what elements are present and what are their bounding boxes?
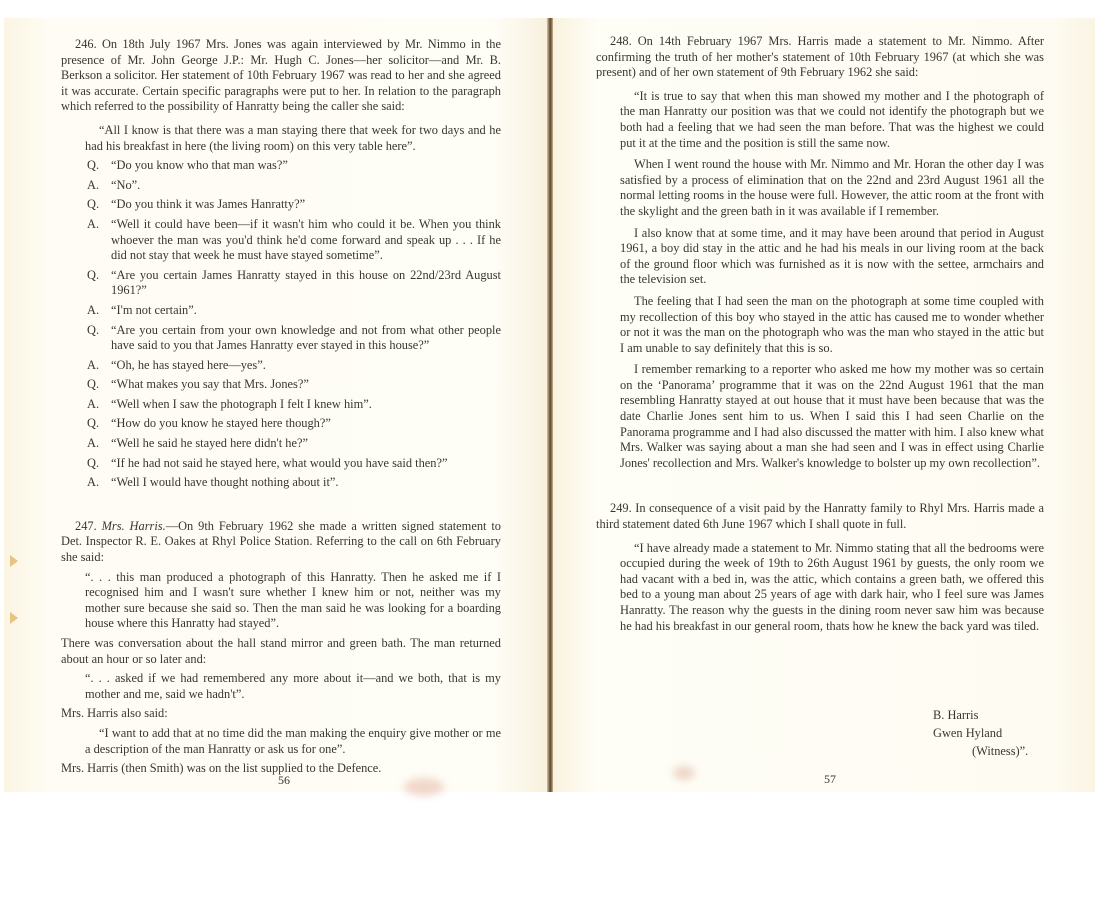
qa-item: A.“Well it could have been—if it wasn't …: [87, 217, 501, 264]
paragraph-247: 247. Mrs. Harris.—On 9th February 1962 s…: [61, 519, 501, 566]
paper-stain: [673, 766, 695, 780]
qa-item: A.“Well he said he stayed here didn't he…: [87, 436, 501, 452]
qa-item: Q.“Do you think it was James Hanratty?”: [87, 197, 501, 213]
left-page: 246. On 18th July 1967 Mrs. Jones was ag…: [4, 18, 549, 792]
left-page-text: 246. On 18th July 1967 Mrs. Jones was ag…: [61, 37, 501, 777]
paper-stain: [404, 778, 444, 796]
page-number: 57: [824, 772, 836, 787]
margin-mark-icon: [10, 612, 18, 624]
quote-248-3: I also know that at some time, and it ma…: [620, 226, 1044, 288]
qa-item: Q.“Are you certain from your own knowled…: [87, 323, 501, 354]
qa-item: A.“No”.: [87, 178, 501, 194]
qa-item: A.“Oh, he has stayed here—yes”.: [87, 358, 501, 374]
paragraph-248: 248. On 14th February 1967 Mrs. Harris m…: [596, 34, 1044, 81]
right-page-text: 248. On 14th February 1967 Mrs. Harris m…: [596, 34, 1044, 634]
signature-block: B. Harris Gwen Hyland (Witness)”.: [933, 706, 1028, 760]
book-scan: 246. On 18th July 1967 Mrs. Jones was ag…: [4, 18, 1095, 792]
paragraph-247-continued: There was conversation about the hall st…: [61, 636, 501, 667]
witness-name: Gwen Hyland: [933, 724, 1028, 742]
qa-item: A.“Well I would have thought nothing abo…: [87, 475, 501, 491]
qa-list: Q.“Do you know who that man was?” A.“No”…: [61, 158, 501, 491]
paragraph-247-also-said: Mrs. Harris also said:: [61, 706, 501, 722]
qa-item: Q.“Are you certain James Hanratty stayed…: [87, 268, 501, 299]
qa-item: Q.“If he had not said he stayed here, wh…: [87, 456, 501, 472]
quote-249: “I have already made a statement to Mr. …: [620, 541, 1044, 635]
paragraph-249: 249. In consequence of a visit paid by t…: [596, 501, 1044, 532]
paragraph-246: 246. On 18th July 1967 Mrs. Jones was ag…: [61, 37, 501, 115]
quote-248-4: The feeling that I had seen the man on t…: [620, 294, 1044, 356]
qa-item: Q.“How do you know he stayed here though…: [87, 416, 501, 432]
page-number: 56: [278, 773, 290, 788]
right-page: 248. On 14th February 1967 Mrs. Harris m…: [553, 18, 1095, 792]
quote-247-2: “. . . asked if we had remembered any mo…: [85, 671, 501, 702]
qa-item: Q.“Do you know who that man was?”: [87, 158, 501, 174]
quote-247-1: “. . . this man produced a photograph of…: [85, 570, 501, 632]
signer-name: B. Harris: [933, 706, 1028, 724]
quote-248-2: When I went round the house with Mr. Nim…: [620, 157, 1044, 219]
qa-item: A.“Well when I saw the photograph I felt…: [87, 397, 501, 413]
witness-label: (Witness)”.: [933, 742, 1028, 760]
qa-item: A.“I'm not certain”.: [87, 303, 501, 319]
quote-248-5: I remember remarking to a reporter who a…: [620, 362, 1044, 471]
margin-mark-icon: [10, 555, 18, 567]
quote-248-1: “It is true to say that when this man sh…: [620, 89, 1044, 151]
qa-item: Q.“What makes you say that Mrs. Jones?”: [87, 377, 501, 393]
quote-246: “All I know is that there was a man stay…: [85, 123, 501, 154]
quote-247-3: “I want to add that at no time did the m…: [85, 726, 501, 757]
